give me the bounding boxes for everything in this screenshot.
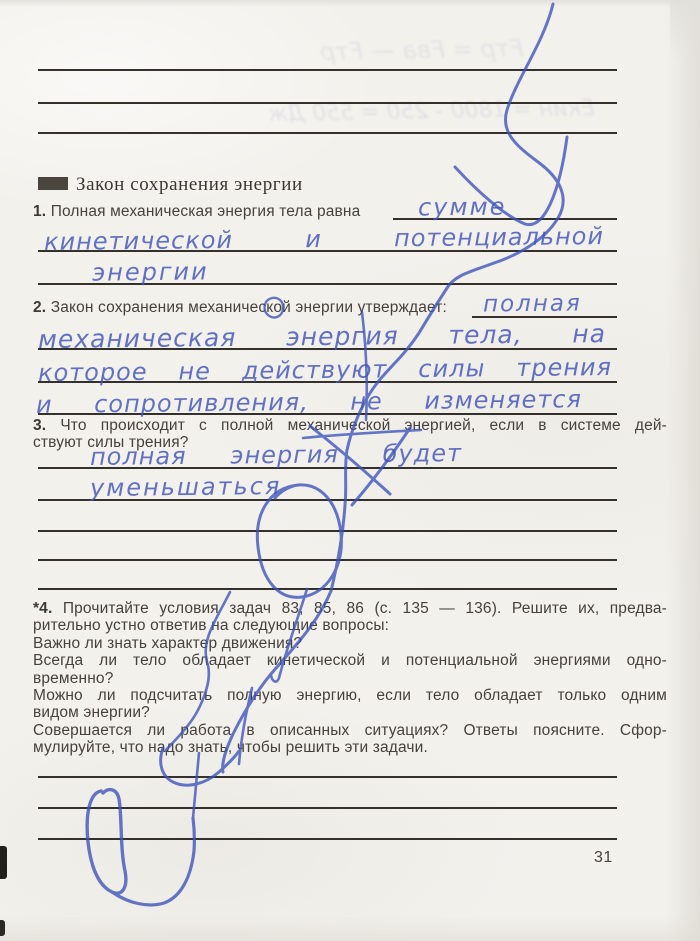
question-1-text: Полная механическая энергия тела равна	[51, 203, 361, 220]
pen-stroke	[87, 790, 126, 894]
handwritten-answer-1c: энергии	[92, 259, 209, 284]
question-4-line3: Важно ли знать характер движения?	[33, 635, 667, 652]
handwritten-answer-3b: уменьшаться	[90, 474, 282, 500]
page-bottom-shadow	[0, 915, 700, 941]
handwritten-answer-2d: и сопротивления, не изменяется	[36, 387, 582, 417]
ruled-line	[38, 559, 617, 561]
question-4-line4: Всегда ли тело обладает кинетической и п…	[33, 652, 667, 669]
question-4-line8: Совершается ли работа в описанных ситуац…	[33, 722, 667, 739]
ruled-line	[38, 69, 617, 71]
question-4-line7: видом энергии?	[33, 704, 667, 721]
page-number: 31	[594, 849, 613, 867]
question-3-line1: 3. Что происходит с полной механической …	[33, 417, 667, 434]
pen-stroke	[331, 450, 347, 591]
question-4: *4. Прочитайте условия задач 83, 85, 86 …	[33, 600, 667, 757]
bleed-through-text: Fтр = Fва — Fтр	[320, 34, 524, 66]
section-marker-square	[38, 177, 68, 190]
ruled-line	[38, 838, 617, 840]
question-4-line2: рительно устно ответив на следующие вопр…	[33, 617, 667, 634]
page-corner-shadow	[670, 0, 700, 90]
question-2-number: 2.	[33, 299, 46, 316]
scan-edge-mark	[0, 846, 7, 879]
handwritten-answer-1b: кинетической и потенциальной	[44, 224, 604, 254]
question-2-text: Закон сохранения механической энергии ут…	[51, 299, 447, 316]
handwritten-answer-2b: механическая энергия тела, на	[38, 321, 606, 352]
pen-stroke	[112, 818, 194, 905]
scan-edge-mark	[0, 920, 5, 936]
question-3-number: 3.	[33, 417, 46, 434]
pen-stroke	[257, 485, 341, 597]
handwritten-answer-3a: полная энергия будет	[90, 441, 462, 469]
section-title: Закон сохранения энергии	[76, 174, 303, 196]
question-2: 2. Закон сохранения механической энергии…	[33, 299, 447, 316]
handwritten-answer-1a: сумме	[418, 195, 507, 220]
ruled-line	[38, 132, 617, 134]
bleed-through-text: Екин = 1800 - 250 = 550 Дж	[268, 96, 595, 127]
handwritten-answer-2a: полная	[483, 292, 582, 316]
question-4-line1: *4. Прочитайте условия задач 83, 85, 86 …	[33, 600, 667, 617]
ruled-line	[38, 776, 617, 778]
ruled-line	[38, 102, 617, 104]
page-right-edge-shadow	[666, 0, 700, 941]
ruled-line	[38, 807, 617, 809]
ruled-line	[38, 530, 617, 532]
ruled-line	[38, 588, 617, 590]
page-top-edge	[0, 0, 700, 7]
question-4-number: *4.	[33, 600, 52, 617]
question-1: 1. Полная механическая энергия тела равн…	[33, 203, 360, 220]
question-4-line9: мулируйте, что надо знать, чтобы решить …	[33, 739, 667, 756]
handwritten-answer-2c: которое не действуют силы трения	[38, 355, 612, 385]
question-4-line5: временно?	[33, 670, 667, 687]
workbook-page: Fтр = Fва — Fтр Екин = 1800 - 250 = 550 …	[0, 0, 700, 941]
question-4-line6: Можно ли подсчитать полную энергию, если…	[33, 687, 667, 704]
question-1-number: 1.	[33, 203, 46, 220]
